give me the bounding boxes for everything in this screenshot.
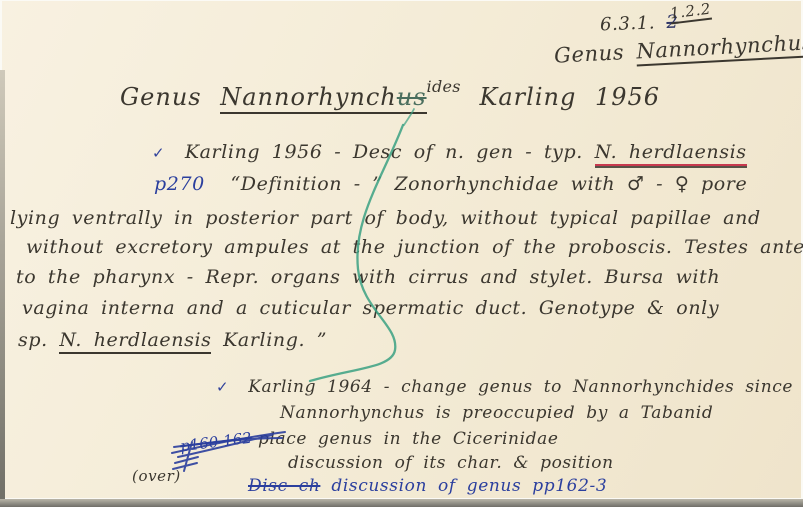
scan-edge-left (0, 70, 5, 507)
entry-1964-struck-word: Disc ch (248, 476, 320, 496)
classification-revision-value: 1.2.2 (669, 0, 712, 24)
heading-genus-label: Genus (120, 83, 202, 111)
corner-genus-name: Nannorhynchus (636, 30, 803, 66)
corner-genus-line: Genus Nannorhynchus (554, 30, 803, 68)
entry-1956-line-6: vagina interna and a cuticular spermatic… (22, 297, 719, 319)
struck-page-ref: p160-162 (179, 429, 253, 456)
entry-1964-line-3: place genus in the Cicerinidae (258, 429, 559, 449)
check-icon: ✓ (216, 378, 229, 396)
entry-1964-line-4: discussion of its char. & position (288, 453, 614, 473)
classification-index: 6.3.1. (600, 12, 656, 35)
entry-1956-line-1: ✓ Karling 1956 - Desc of n. gen - typ. N… (152, 141, 747, 163)
card-heading: Genus Nannorhynchusides Karling 1956 (120, 83, 660, 111)
heading-authority: Karling 1956 (479, 83, 660, 111)
check-icon: ✓ (152, 144, 165, 162)
entry-1956-line-5: to the pharynx - Repr. organs with cirru… (16, 266, 720, 288)
entry-1956-definition: “Definition - ” Zonorhynchidae with ♂ - … (230, 173, 747, 195)
entry-1964-line-1: ✓ Karling 1964 - change genus to Nannorh… (216, 377, 793, 397)
heading-genus-struck-ending: us (397, 83, 427, 111)
entry-1956-line-3: lying ventrally in posterior part of bod… (10, 207, 761, 229)
over-note: (over) (132, 467, 181, 485)
heading-genus-name: Nannorhynchus (220, 83, 426, 114)
entry-1956-line-2: p270 “Definition - ” Zonorhynchidae with… (154, 173, 747, 195)
entry-1956-citation: Karling 1956 - Desc of n. gen - typ. (185, 141, 583, 163)
classification-number: 6.3.1. 2 (600, 12, 679, 36)
scanned-index-card: 6.3.1. 2 1.2.2 Genus Nannorhynchus Genus… (0, 0, 803, 507)
entry-1956-sp-prefix: sp. (18, 329, 48, 351)
entry-1956-type-species: N. herdlaensis (595, 141, 747, 166)
entry-1964-line-2: Nannorhynchus is preoccupied by a Tabani… (280, 403, 713, 423)
scan-edge-bottom (0, 499, 803, 507)
entry-1964-line-5: Disc ch discussion of genus pp162-3 (248, 476, 607, 496)
classification-revision: 1.2.2 (670, 1, 711, 22)
entry-1956-page-ref: p270 (154, 173, 205, 195)
entry-1956-species-repeat: N. herdlaensis (59, 329, 211, 354)
heading-genus-revision: ides (427, 77, 461, 96)
entry-1956-line-7: sp. N. herdlaensis Karling. ” (18, 329, 327, 351)
entry-1956-line-4: without excretory ampules at the junctio… (26, 236, 803, 258)
entry-1964-blue-note: discussion of genus pp162-3 (331, 476, 607, 496)
index-card-paper: 6.3.1. 2 1.2.2 Genus Nannorhynchus Genus… (2, 1, 801, 498)
entry-1956-authority-end: Karling. ” (223, 329, 327, 351)
corner-genus-label: Genus (554, 40, 625, 68)
